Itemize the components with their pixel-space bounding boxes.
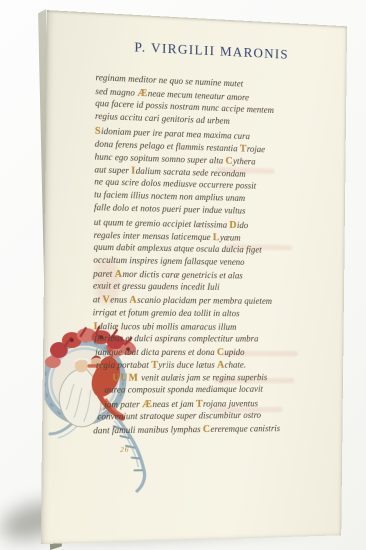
line-text: dant famuli manibus lymphas	[93, 425, 203, 436]
text-line: at Venus Ascanio placidam per membra qui…	[93, 294, 326, 309]
versal-initial: Æ	[142, 399, 153, 410]
text-line: jamque ibat dicta parens et dona Cupido	[92, 346, 325, 359]
gold-word: UUM	[112, 373, 139, 384]
line-text: mor dictis caræ genetricis et alas	[122, 270, 242, 281]
versal-initial: Æ	[137, 88, 148, 99]
text-line: floribus et dulci aspirans complectitur …	[92, 333, 325, 346]
text-line: UUM venit aulæis jam se regina superbis	[92, 372, 325, 386]
line-text: floribus et dulci aspirans complectitur …	[94, 334, 258, 344]
versal-initial: A	[217, 360, 225, 371]
line-text: enus	[110, 296, 129, 306]
line-text: occultum inspires ignem fallasque veneno	[93, 256, 244, 268]
quire-mark: 26	[120, 445, 129, 454]
line-text: rojae	[247, 145, 265, 155]
line-text: daliæ lucos ubi mollis amaracus illum	[98, 322, 237, 332]
line-text: tu faciem illius noctem non amplius unam	[94, 191, 245, 205]
canvas-print: P. VIRGILII MARONIS reginam meditor ne q…	[41, 10, 347, 544]
line-text: irrigat et fotum gremio dea tollit in al…	[93, 308, 240, 319]
product-photo: P. VIRGILII MARONIS reginam meditor ne q…	[0, 0, 366, 550]
line-text: exuit et gressu gaudens incedit Iuli	[93, 282, 220, 293]
line-text: chate.	[225, 361, 247, 371]
page-title: P. VIRGILII MARONIS	[96, 39, 325, 66]
line-text: at	[93, 296, 103, 306]
line-text: venit aulæis jam se regina superbis	[139, 374, 267, 384]
line-text: sed magno	[95, 87, 137, 99]
line-text: jam pater	[104, 400, 142, 410]
text-line: Idaliæ lucos ubi mollis amaracus illum	[92, 320, 325, 334]
text-line: irrigat et fotum gremio dea tollit in al…	[93, 307, 326, 321]
versal-initial: V	[102, 295, 110, 306]
line-text: regia portabat	[96, 361, 151, 371]
text-block: reginam meditor ne quo se numine mutetse…	[91, 72, 328, 437]
line-text: quum dabit amplexus atque oscula dulcia …	[93, 243, 261, 256]
line-text: neas et jam	[152, 399, 196, 409]
line-text: aut super	[94, 165, 131, 176]
line-text: aurea composuit sponda mediamque locavit	[104, 385, 263, 396]
versal-initial: A	[129, 295, 137, 306]
line-text: paret	[93, 270, 115, 280]
line-text: falle dolo et notos pueri puer indue vul…	[94, 204, 246, 217]
manuscript-page: P. VIRGILII MARONIS reginam meditor ne q…	[90, 13, 329, 543]
line-text: ido	[237, 221, 248, 231]
line-text: upido	[224, 348, 244, 358]
line-text: yriis duce lætus	[158, 361, 217, 371]
versal-initial: C	[203, 424, 211, 435]
line-text: regales inter mensas laticemque	[94, 231, 213, 243]
line-text: ythera	[233, 157, 256, 167]
line-text: rojana juventus	[203, 399, 258, 409]
text-line: dant famuli manibus lymphas Cereremque c…	[91, 422, 324, 438]
line-text: jamque ibat dicta parens et dona	[95, 348, 217, 358]
line-text: yæum	[220, 233, 241, 243]
line-text: conveniunt stratoque super discumbitur o…	[97, 411, 261, 422]
line-text: ereremque canistris	[210, 424, 280, 435]
text-line: regia portabat Tyriis duce lætus Achate.	[92, 359, 325, 372]
line-text: scanio placidam per membra quietem	[137, 296, 272, 307]
